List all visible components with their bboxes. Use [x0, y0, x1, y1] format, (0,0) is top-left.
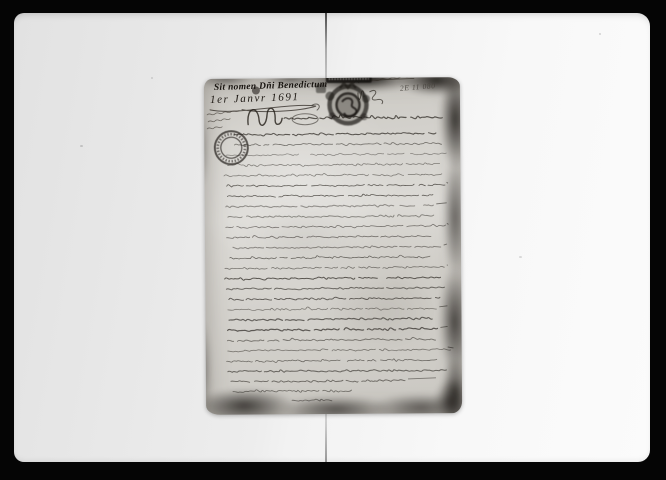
dust-speck: [599, 33, 601, 35]
manuscript-sheet: Sit nomen Dñi Benedictum 1er Janvr 1691 …: [204, 77, 462, 415]
archive-ring-stamp: [212, 129, 252, 169]
dust-speck: [519, 256, 522, 258]
dust-speck: [151, 77, 153, 79]
circled-word: [292, 114, 318, 125]
scanned-document-photo: Sit nomen Dñi Benedictum 1er Janvr 1691 …: [0, 0, 666, 480]
book-spread: Sit nomen Dñi Benedictum 1er Janvr 1691 …: [14, 13, 650, 462]
dust-speck: [80, 145, 83, 147]
margin-notes-scribble: [207, 111, 239, 129]
